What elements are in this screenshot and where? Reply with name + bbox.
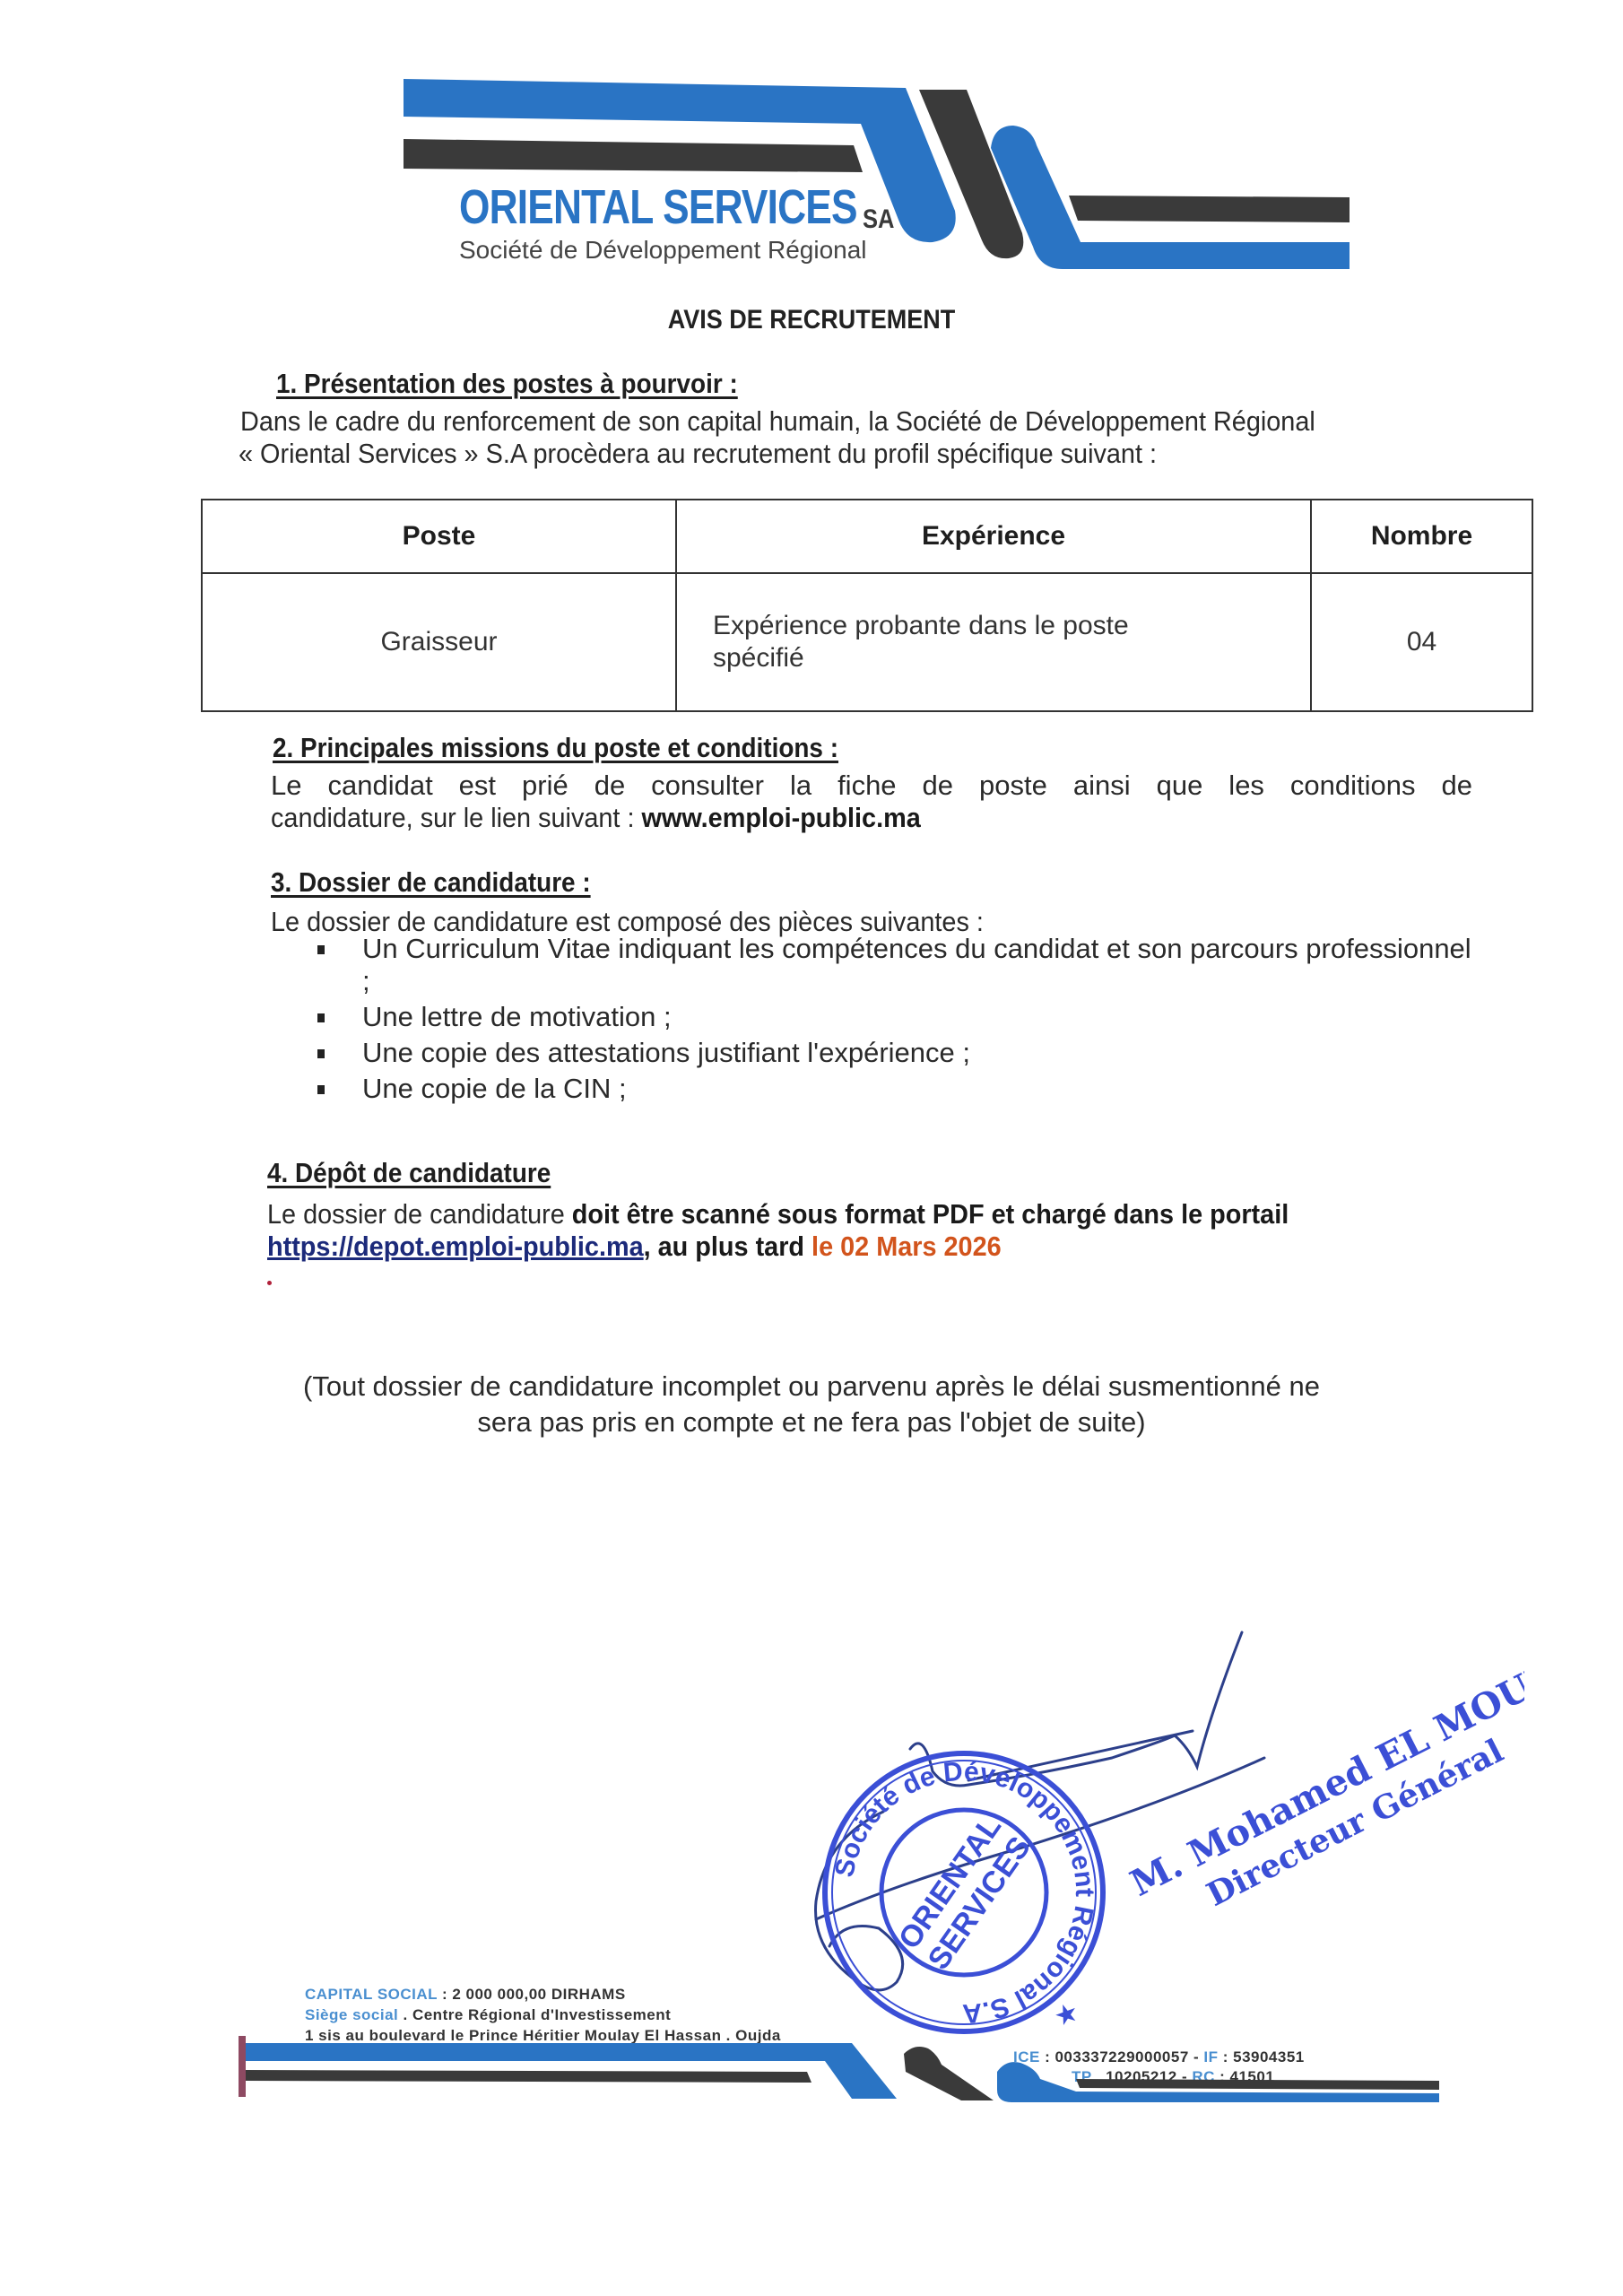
section-2-heading: 2. Principales missions du poste et cond… <box>273 732 838 764</box>
section-4-line-1-bold: doit être scanné sous format PDF et char… <box>572 1198 1289 1230</box>
brand-subtitle: Société de Développement Régional <box>459 236 867 265</box>
cell-nombre: 04 <box>1311 573 1532 711</box>
page-title: AVIS DE RECRUTEMENT <box>82 305 1542 335</box>
section-3-heading: 3. Dossier de candidature : <box>271 866 591 899</box>
section-4-line-2: https://depot.emploi-public.ma, au plus … <box>267 1231 1002 1263</box>
section-1-line-2: « Oriental Services » S.A procèdera au r… <box>239 438 1157 470</box>
siege-label: Siège social <box>305 2006 398 2023</box>
cell-experience: Expérience probante dans le poste spécif… <box>676 573 1311 711</box>
list-item: Une lettre de motivation ; <box>323 1001 1483 1033</box>
deadline-date: le 02 Mars 2026 <box>811 1231 1002 1262</box>
depot-portal-link[interactable]: https://depot.emploi-public.ma <box>267 1231 644 1262</box>
red-dot-mark <box>267 1281 272 1285</box>
column-header-poste: Poste <box>202 500 676 573</box>
list-item: Une copie des attestations justifiant l'… <box>323 1037 1483 1069</box>
documents-list: Un Curriculum Vitae indiquant les compét… <box>323 933 1483 1109</box>
note-line-1: (Tout dossier de candidature incomplet o… <box>0 1369 1623 1404</box>
section-1-heading: 1. Présentation des postes à pourvoir : <box>276 368 738 400</box>
section-4-line-2-mid: , au plus tard <box>644 1231 811 1262</box>
signature-stamp-block: Société de Développement Régional S.A OR… <box>789 1623 1524 2054</box>
column-header-experience: Expérience <box>676 500 1311 573</box>
section-1-line-1: Dans le cadre du renforcement de son cap… <box>240 405 1315 438</box>
star-icon: ★ <box>1050 1996 1083 2032</box>
section-4-line-1-text: Le dossier de candidature <box>267 1198 572 1230</box>
table-header-row: Poste Expérience Nombre <box>202 500 1532 573</box>
table-row: Graisseur Expérience probante dans le po… <box>202 573 1532 711</box>
siege-value: Centre Régional d'Investissement <box>412 2006 671 2023</box>
brand-suffix: SA <box>863 204 894 235</box>
cell-poste: Graisseur <box>202 573 676 711</box>
footer-decoration <box>233 2036 1453 2117</box>
footer-capital: CAPITAL SOCIAL : 2 000 000,00 DIRHAMS <box>305 1986 626 2004</box>
emploi-public-link[interactable]: www.emploi-public.ma <box>641 802 920 833</box>
list-item: Un Curriculum Vitae indiquant les compét… <box>323 933 1483 997</box>
brand-name: ORIENTAL SERVICES <box>459 179 857 235</box>
experience-line-2: spécifié <box>713 643 804 673</box>
section-2-line-2-text: candidature, sur le lien suivant : <box>271 802 641 833</box>
section-4-heading: 4. Dépôt de candidature <box>267 1157 551 1189</box>
section-2-line-2: candidature, sur le lien suivant : www.e… <box>271 802 921 834</box>
footer-siege: Siège social . Centre Régional d'Investi… <box>305 2006 671 2024</box>
positions-table: Poste Expérience Nombre Graisseur Expéri… <box>201 499 1533 712</box>
list-item: Une copie de la CIN ; <box>323 1073 1483 1105</box>
section-4-line-1: Le dossier de candidature doit être scan… <box>267 1198 1289 1231</box>
note-line-2: sera pas pris en compte et ne fera pas l… <box>0 1405 1623 1439</box>
section-2-line-1: Le candidat est prié de consulter la fic… <box>271 770 1472 802</box>
experience-line-1: Expérience probante dans le poste <box>713 611 1129 640</box>
capital-label: CAPITAL SOCIAL <box>305 1986 438 2003</box>
company-stamp <box>825 1753 1103 2031</box>
column-header-nombre: Nombre <box>1311 500 1532 573</box>
capital-value: 2 000 000,00 DIRHAMS <box>452 1986 625 2003</box>
